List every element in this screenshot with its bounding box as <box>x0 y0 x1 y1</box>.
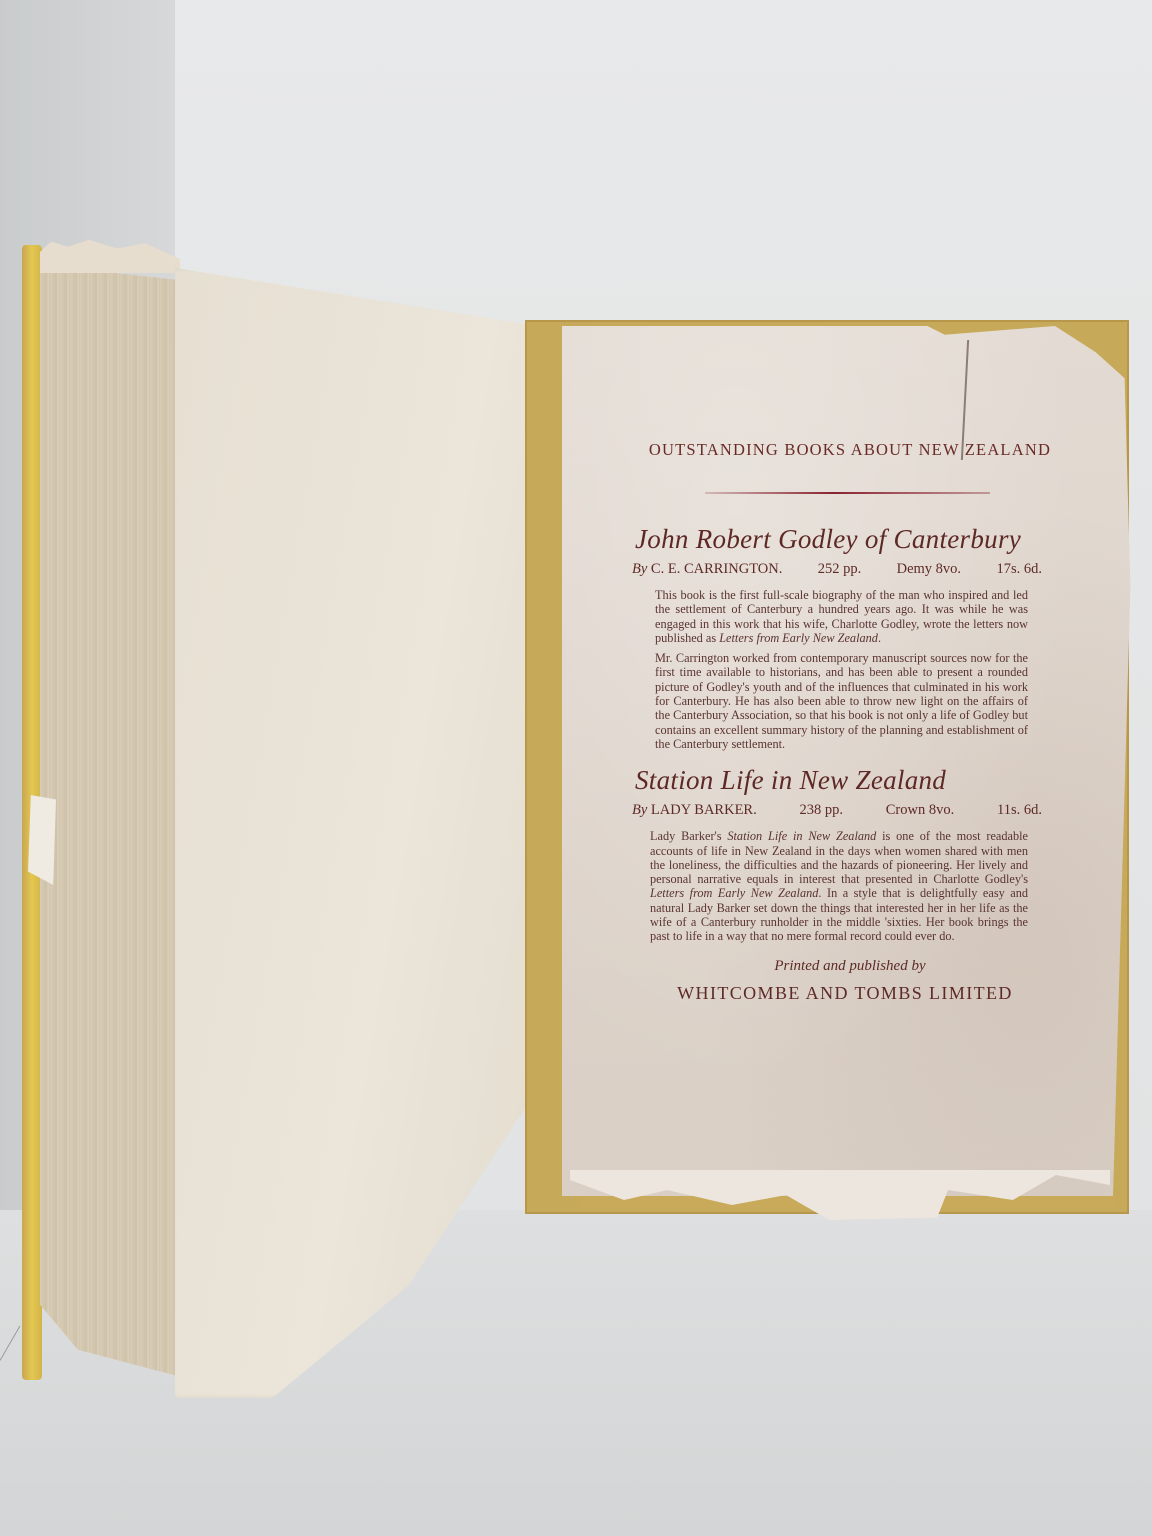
paragraph: Lady Barker's Station Life in New Zealan… <box>650 829 1028 943</box>
by-label: By <box>632 561 647 577</box>
book-meta-godley: By C. E. CARRINGTON. 252 pp. Demy 8vo. 1… <box>632 561 1042 578</box>
italic-title: Letters from Early New Zealand <box>719 631 878 645</box>
torn-spine-fragment <box>28 795 56 885</box>
jacket-heading: OUTSTANDING BOOKS ABOUT NEW ZEALAND <box>640 440 1060 460</box>
by-label: By <box>632 802 647 818</box>
italic-title: Letters from Early New Zealand <box>650 886 818 900</box>
price: 17s. 6d. <box>996 561 1042 578</box>
book-format: Demy 8vo. <box>897 561 961 578</box>
book-meta-station-life: By LADY BARKER. 238 pp. Crown 8vo. 11s. … <box>632 802 1042 819</box>
page-count: 252 pp. <box>818 561 862 578</box>
book-title-station-life: Station Life in New Zealand <box>635 765 1070 796</box>
paragraph: This book is the first full-scale biogra… <box>655 588 1028 645</box>
italic-title: Station Life in New Zealand <box>727 829 876 843</box>
publisher-intro: Printed and published by <box>660 958 1040 975</box>
book-description-station-life: Lady Barker's Station Life in New Zealan… <box>650 829 1028 943</box>
paragraph-text: . <box>878 631 881 645</box>
author: C. E. CARRINGTON. <box>651 561 782 577</box>
publisher-name: WHITCOMBE AND TOMBS LIMITED <box>630 983 1060 1004</box>
book-title-godley: John Robert Godley of Canterbury <box>635 524 1070 555</box>
paragraph-text: Lady Barker's <box>650 829 727 843</box>
page-count: 238 pp. <box>800 802 844 819</box>
book-format: Crown 8vo. <box>886 802 954 819</box>
price: 11s. 6d. <box>997 802 1042 819</box>
jacket-text: OUTSTANDING BOOKS ABOUT NEW ZEALAND John… <box>600 440 1070 1004</box>
paragraph: Mr. Carrington worked from contemporary … <box>655 651 1028 751</box>
book-description-godley: This book is the first full-scale biogra… <box>655 588 1028 751</box>
divider-rule <box>705 492 990 494</box>
author: LADY BARKER. <box>651 802 757 818</box>
